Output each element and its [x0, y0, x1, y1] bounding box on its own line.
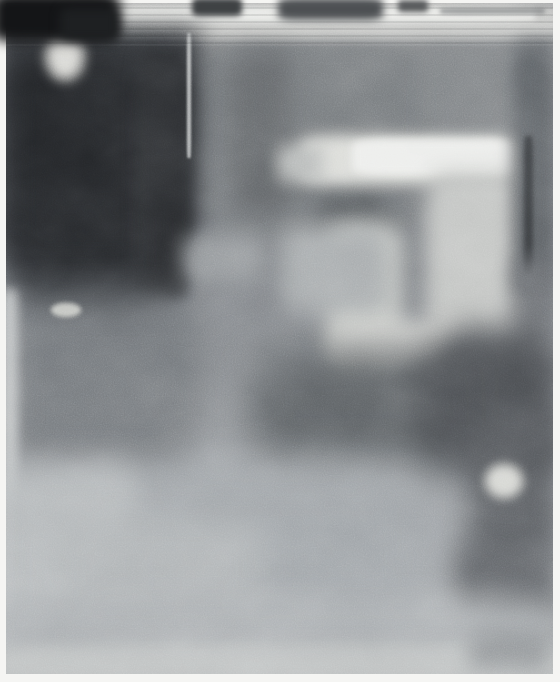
top-light-band	[0, 3, 560, 39]
door-lower-shadow	[150, 200, 178, 290]
bottom-center-cloud	[140, 460, 420, 630]
center-diagonal-light-band	[183, 236, 261, 282]
top-left-black-blob	[0, 0, 120, 42]
light-vertical-hairline	[187, 33, 191, 158]
bottom-band	[0, 598, 560, 682]
top-edge-dash-1	[192, 0, 242, 16]
center-dark-wash	[250, 348, 460, 473]
bottom-left-light-wash	[0, 465, 151, 682]
bright-band-left-finger	[278, 146, 323, 182]
bright-band-core	[352, 139, 514, 175]
right-edge-dark-column	[512, 40, 554, 295]
light-cloud-left-of-patch	[281, 226, 389, 314]
bottom-left-cloud	[55, 515, 265, 645]
upper-right-gray-field	[420, 30, 560, 160]
top-left-dark-smudge	[60, 8, 118, 40]
left-dark-core	[8, 55, 153, 270]
bottom-light-wash	[0, 645, 560, 682]
right-column-lower	[510, 258, 554, 473]
lower-bright-patch	[333, 322, 461, 370]
artwork-photo	[0, 0, 560, 682]
right-edge-dark-line	[524, 136, 533, 274]
coarse-mottle-texture	[0, 0, 560, 682]
bottom-right-dark-mass-2	[466, 420, 560, 555]
bottom-right-dark-streak	[452, 540, 560, 655]
center-soft-dark-blob	[313, 190, 391, 248]
white-scratch-mark	[51, 303, 81, 317]
upper-middle-gray-field	[190, 30, 440, 240]
top-horizontal-drag-marks	[0, 0, 560, 46]
left-edge-light-streak	[1, 290, 18, 665]
top-edge-dash-2	[278, 0, 383, 20]
light-column-right-lower	[448, 330, 526, 455]
frame-edge-left	[0, 0, 6, 682]
bright-band	[300, 135, 526, 185]
frame-edge-bottom	[0, 674, 560, 682]
top-right-dash-row	[440, 8, 545, 14]
light-column-right	[426, 172, 526, 352]
mid-column-shadow	[232, 50, 290, 215]
central-bright-blob	[326, 225, 401, 370]
white-blob-upper-left	[46, 33, 84, 80]
left-dark-mass	[0, 26, 199, 331]
left-fade-wash	[5, 295, 200, 465]
bottom-right-dark-mass	[418, 328, 560, 473]
top-white-streak	[55, 7, 535, 22]
small-white-blob	[485, 464, 523, 498]
top-edge-dash-3	[398, 0, 428, 12]
frame-edge-right	[553, 0, 560, 682]
abstract-painting-canvas	[0, 0, 560, 682]
bottom-right-smudge	[470, 630, 550, 670]
frame-edge-top	[0, 0, 560, 3]
fine-grain-texture	[0, 0, 560, 682]
dark-door-column	[136, 48, 192, 298]
